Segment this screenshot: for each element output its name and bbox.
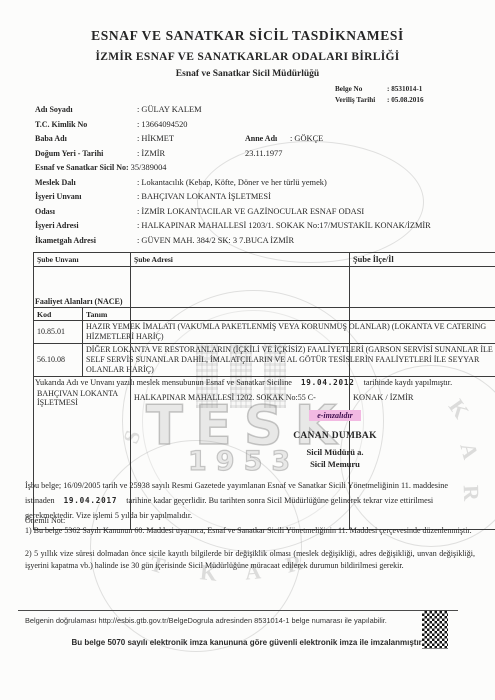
- field-label: Baba Adı: [35, 134, 137, 143]
- field-list: Adı Soyadı: GÜLAY KALEM T.C. Kimlik No: …: [35, 105, 485, 250]
- nace-desc-cell: DİĞER LOKANTA VE RESTORANLARIN (İÇKİLİ V…: [83, 344, 495, 377]
- field-value: : İZMİR LOKANTACILAR VE GAZİNOCULAR ESNA…: [137, 207, 364, 216]
- nace-code-cell: 10.85.01: [34, 321, 83, 344]
- signer-name: CANAN DUMBAK: [268, 431, 402, 441]
- note-2: 2) 5 yıllık vize süresi dolmadan önce si…: [25, 548, 475, 571]
- field-row: İşyeri Unvanı: BAHÇIVAN LOKANTA İŞLETMES…: [35, 192, 485, 207]
- belge-no-label: Belge No: [335, 84, 387, 95]
- field-value: : Lokantacılık (Kebap, Köfte, Döner ve h…: [137, 178, 327, 187]
- field-value: : İZMİR: [137, 149, 245, 158]
- nace-desc-cell: HAZIR YEMEK İMALATI (VAKUMLA PAKETLENMİŞ…: [83, 321, 495, 344]
- document-meta: Belge No: 8531014-1 Veriliş Tarihi: 05.0…: [335, 84, 424, 106]
- field-label: T.C. Kimlik No: [35, 120, 137, 129]
- field-row: İkametgah Adresi: GÜVEN MAH. 384/2 SK: 3…: [35, 236, 485, 251]
- field-row: T.C. Kimlik No: 13664094520: [35, 120, 485, 135]
- field-row: Esnaf ve Sanatkar Sicil No:35/389004: [35, 163, 485, 178]
- belge-no-value: : 8531014-1: [387, 85, 422, 93]
- field-value: 35/389004: [131, 163, 167, 172]
- validity-paragraph: İşbu belge; 16/09/2005 tarih ve 25938 sa…: [25, 478, 475, 523]
- notes-title: Önemli Not:: [25, 516, 65, 525]
- field-value: : HALKAPINAR MAHALLESİ 1203/1. SOKAK No:…: [137, 221, 431, 230]
- field-label: Doğum Yeri - Tarihi: [35, 149, 137, 158]
- verification-line: Belgenin doğrulaması http://esbis.gtb.go…: [25, 616, 417, 625]
- field-label: İşyeri Unvanı: [35, 192, 137, 201]
- registration-date: 19.04.2012: [301, 378, 355, 387]
- field-label: İkametgah Adresi: [35, 236, 137, 245]
- table-row: 56.10.08 DİĞER LOKANTA VE RESTORANLARIN …: [34, 344, 495, 377]
- e-signature-statement: Bu belge 5070 sayılı elektronik imza kan…: [0, 638, 495, 647]
- signer-title: Sicil Memuru: [268, 459, 402, 469]
- column-header: Şube Unvanı: [34, 253, 131, 267]
- field-value: : GÜLAY KALEM: [137, 105, 202, 114]
- table-row: 10.85.01 HAZIR YEMEK İMALATI (VAKUMLA PA…: [34, 321, 495, 344]
- column-header: Şube Adresi: [131, 253, 350, 267]
- registration-text: Yukarıda Adı ve Unvanı yazılı meslek men…: [35, 378, 292, 387]
- column-header: Şube İlçe/İl: [350, 253, 495, 267]
- column-header: Kod: [34, 308, 83, 321]
- document-title: ESNAF VE SANATKAR SİCİL TASDİKNAMESİ: [0, 28, 495, 44]
- verilis-tarihi-value: : 05.08.2016: [387, 96, 424, 104]
- field-row: Odası: İZMİR LOKANTACILAR VE GAZİNOCULAR…: [35, 207, 485, 222]
- column-header: Tanım: [83, 308, 495, 321]
- field-label: Odası: [35, 207, 137, 216]
- field-row: Baba Adı: HİKMETAnne Adı: GÖKÇE: [35, 134, 485, 149]
- field-label: Meslek Dalı: [35, 178, 137, 187]
- signature-block: e-imzalıdır CANAN DUMBAK Sicil Müdürü a.…: [268, 405, 402, 469]
- note-1: 1) Bu belge 5362 Sayılı Kanunun 60. Madd…: [25, 526, 475, 537]
- footer-divider: [18, 610, 458, 611]
- field-row: Meslek Dalı: Lokantacılık (Kebap, Köfte,…: [35, 178, 485, 193]
- field-label: Adı Soyadı: [35, 105, 137, 114]
- field-value: : 13664094520: [137, 120, 187, 129]
- field-value: : GÖKÇE: [290, 134, 323, 143]
- field-value: : GÜVEN MAH. 384/2 SK: 3 7.BUCA İZMİR: [137, 236, 294, 245]
- registration-text: tarihinde kaydı yapılmıştır.: [364, 378, 452, 387]
- issuing-department: Esnaf ve Sanatkar Sicil Müdürlüğü: [0, 69, 495, 79]
- nace-section-title: Faaliyet Alanları (NACE): [35, 297, 123, 306]
- field-row: Doğum Yeri - Tarihi: İZMİR23.11.1977: [35, 149, 485, 164]
- field-value: : BAHÇIVAN LOKANTA İŞLETMESİ: [137, 192, 271, 201]
- field-row: Adı Soyadı: GÜLAY KALEM: [35, 105, 485, 120]
- registration-statement: Yukarıda Adı ve Unvanı yazılı meslek men…: [35, 378, 483, 387]
- field-label: İşyeri Adresi: [35, 221, 137, 230]
- field-label: Anne Adı: [245, 134, 290, 143]
- field-value: : HİKMET: [137, 134, 245, 143]
- field-label: Esnaf ve Sanatkar Sicil No:: [35, 163, 131, 172]
- nace-table-header: Kod Tanım: [34, 308, 495, 321]
- field-row: İşyeri Adresi: HALKAPINAR MAHALLESİ 1203…: [35, 221, 485, 236]
- birth-date: 23.11.1977: [245, 149, 282, 158]
- nace-code-cell: 56.10.08: [34, 344, 83, 377]
- validity-date: 19.04.2017: [64, 496, 118, 505]
- signer-title: Sicil Müdürü a.: [268, 447, 402, 457]
- branch-table-header: Şube Unvanı Şube Adresi Şube İlçe/İl: [34, 253, 495, 267]
- e-signature-badge: e-imzalıdır: [309, 410, 361, 421]
- issuing-union: İZMİR ESNAF VE SANATKARLAR ODALARI BİRLİ…: [0, 51, 495, 63]
- document-page: TESK 1953 S K A R T K A R ESNAF VE SANAT…: [0, 0, 495, 700]
- nace-table: Kod Tanım 10.85.01 HAZIR YEMEK İMALATI (…: [33, 307, 495, 377]
